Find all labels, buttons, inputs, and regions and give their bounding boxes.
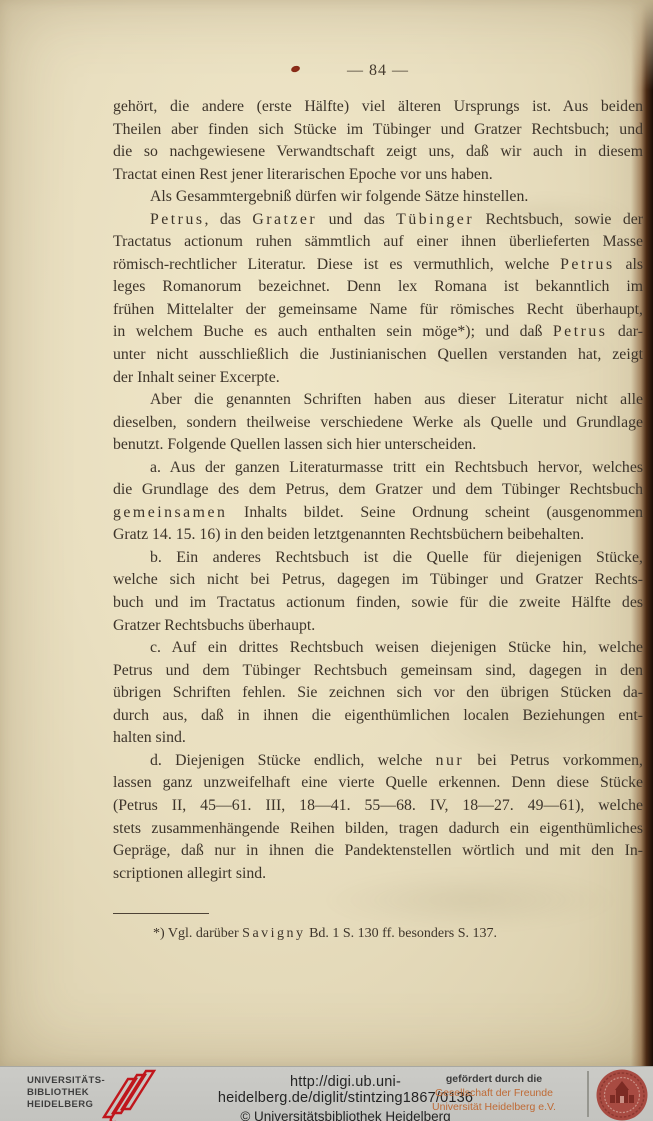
text-line: durch aus, daß in ihnen die eigenthümlic… <box>113 705 643 728</box>
text-line: halten sind. <box>113 727 643 750</box>
text-line: in welchem Buche es auch enthalten sein … <box>113 321 643 344</box>
text-segment: Tractat einen Rest jener literarischen E… <box>113 166 493 183</box>
text-line: Theilen aber finden sich Stücke im Tübin… <box>113 119 643 142</box>
text-segment: Als Gesammtergebniß dürfen wir folgende … <box>150 188 528 205</box>
text-segment: römisch-rechtlicher Literatur. Diese ist… <box>113 256 560 273</box>
text-line: unter nicht ausschließlich die Justinian… <box>113 344 643 367</box>
university-seal-icon <box>595 1068 649 1121</box>
text-line: c. Auf ein drittes Rechtsbuch weisen die… <box>113 637 643 660</box>
text-segment: übrigen Schriften fehlen. Sie zeichnen s… <box>113 684 643 701</box>
emphasized-text: Tübinger <box>396 211 474 228</box>
text-line: (Petrus II, 45—61. III, 18—41. 55—68. IV… <box>113 795 643 818</box>
text-line: d. Diejenigen Stücke endlich, welche nur… <box>113 750 643 773</box>
emphasized-text: nur <box>436 752 465 769</box>
text-segment: b. Ein anderes Rechtsbuch ist die Quelle… <box>150 549 643 566</box>
text-line: Gratzer Rechtsbuchs überhaupt. <box>113 615 643 638</box>
funding-line2: Gesellschaft der Freunde <box>408 1086 580 1100</box>
emphasized-text: Savigny <box>242 926 305 941</box>
text-segment: Inhalts bildet. Seine Ordnung scheint (a… <box>227 504 643 521</box>
text-segment: Theilen aber finden sich Stücke im Tübin… <box>113 121 643 138</box>
text-line: Tractatus actionum ruhen sämmtlich auf e… <box>113 231 643 254</box>
text-line: frühen Mittelalter der gemeinsame Name f… <box>113 299 643 322</box>
text-segment: lassen ganz unzweifelhaft eine vierte Qu… <box>113 774 643 791</box>
text-segment: welche sich nicht bei Petrus, dagegen im… <box>113 571 643 588</box>
emphasized-text: Petrus <box>560 256 615 273</box>
text-segment: Tractatus actionum ruhen sämmtlich auf e… <box>113 233 643 250</box>
footnote-text: *) Vgl. darüber Savigny Bd. 1 S. 130 ff.… <box>153 926 633 942</box>
text-line: die Grundlage des dem Petrus, dem Gratze… <box>113 479 643 502</box>
text-segment: c. Auf ein drittes Rechtsbuch weisen die… <box>150 639 643 656</box>
text-line: b. Ein anderes Rechtsbuch ist die Quelle… <box>113 547 643 570</box>
text-line: lassen ganz unzweifelhaft eine vierte Qu… <box>113 772 643 795</box>
page-number: — 84 — <box>113 62 643 80</box>
library-logo-icon <box>88 1059 168 1121</box>
text-line: a. Aus der ganzen Literaturmasse tritt e… <box>113 457 643 480</box>
footnote-rule <box>113 913 209 914</box>
text-segment: dar- <box>607 323 643 340</box>
text-line: benutzt. Folgende Quellen lassen sich hi… <box>113 434 643 457</box>
text-segment: frühen Mittelalter der gemeinsame Name f… <box>113 301 643 318</box>
text-line: buch und im Tractatus actionum finden, s… <box>113 592 643 615</box>
text-segment: Gepräge, daß nur in ihnen die Pandektens… <box>113 842 643 859</box>
funding-line3: Universität Heidelberg e.V. <box>408 1100 580 1114</box>
text-segment: der Inhalt seiner Excerpte. <box>113 369 280 386</box>
library-footer: UNIVERSITÄTS- BIBLIOTHEK HEIDELBERG http… <box>0 1066 653 1121</box>
text-line: Petrus und dem Tübinger Rechtsbuch gemei… <box>113 660 643 683</box>
text-segment: durch aus, daß in ihnen die eigenthümlic… <box>113 707 643 724</box>
text-line: Aber die genannten Schriften haben aus d… <box>113 389 643 412</box>
text-line: stets zusammenhängende Reihen bilden, tr… <box>113 818 643 841</box>
text-line: Tractat einen Rest jener literarischen E… <box>113 164 643 187</box>
text-segment: , das <box>205 211 253 228</box>
text-segment: Gratz 14. 15. 16) in den beiden letztgen… <box>113 526 584 543</box>
text-line: übrigen Schriften fehlen. Sie zeichnen s… <box>113 682 643 705</box>
text-segment: und das <box>317 211 396 228</box>
emphasized-text: Gratzer <box>252 211 317 228</box>
text-segment: die Grundlage des dem Petrus, dem Gratze… <box>113 481 643 498</box>
text-segment: die so nachgewiesene Verwandtschaft zeig… <box>113 143 643 160</box>
text-segment: a. Aus der ganzen Literaturmasse tritt e… <box>150 459 643 476</box>
funding-line1: gefördert durch die <box>408 1072 580 1086</box>
text-line: welche sich nicht bei Petrus, dagegen im… <box>113 569 643 592</box>
text-segment: Bd. 1 S. 130 ff. besonders S. 137. <box>306 926 497 941</box>
text-line: die so nachgewiesene Verwandtschaft zeig… <box>113 141 643 164</box>
page-text: gehört, die andere (erste Hälfte) viel ä… <box>113 96 643 885</box>
text-line: gemeinsamen Inhalts bildet. Seine Ordnun… <box>113 502 643 525</box>
text-line: dieselben, sondern theilweise verschiede… <box>113 412 643 435</box>
text-segment: scriptionen allegirt sind. <box>113 865 266 882</box>
text-line: der Inhalt seiner Excerpte. <box>113 367 643 390</box>
text-segment: buch und im Tractatus actionum finden, s… <box>113 594 643 611</box>
text-segment: dieselben, sondern theilweise verschiede… <box>113 414 643 431</box>
text-segment: unter nicht ausschließlich die Justinian… <box>113 346 643 363</box>
text-line: Gepräge, daß nur in ihnen die Pandektens… <box>113 840 643 863</box>
funding-credit: gefördert durch die Gesellschaft der Fre… <box>408 1072 580 1114</box>
text-line: scriptionen allegirt sind. <box>113 863 643 886</box>
emphasized-text: Petrus <box>553 323 608 340</box>
text-line: Als Gesammtergebniß dürfen wir folgende … <box>113 186 643 209</box>
text-segment: in welchem Buche es auch enthalten sein … <box>113 323 553 340</box>
text-line: Gratz 14. 15. 16) in den beiden letztgen… <box>113 524 643 547</box>
text-segment: gehört, die andere (erste Hälfte) viel ä… <box>113 98 643 115</box>
text-segment: Petrus und dem Tübinger Rechtsbuch gemei… <box>113 662 643 679</box>
text-segment: d. Diejenigen Stücke endlich, welche <box>150 752 436 769</box>
text-segment: Rechtsbuch, sowie der <box>474 211 643 228</box>
text-segment: benutzt. Folgende Quellen lassen sich hi… <box>113 436 476 453</box>
text-segment: halten sind. <box>113 729 186 746</box>
footer-divider <box>587 1071 589 1117</box>
text-segment: (Petrus II, 45—61. III, 18—41. 55—68. IV… <box>113 797 643 814</box>
text-segment: bei Petrus vorkommen, <box>464 752 643 769</box>
text-line: gehört, die andere (erste Hälfte) viel ä… <box>113 96 643 119</box>
emphasized-text: gemeinsamen <box>113 504 227 521</box>
text-line: Petrus, das Gratzer und das Tübinger Rec… <box>113 209 643 232</box>
text-segment: *) Vgl. darüber <box>153 926 242 941</box>
text-segment: leges Romanorum bezeichnet. Denn lex Rom… <box>113 278 643 295</box>
text-segment: stets zusammenhängende Reihen bilden, tr… <box>113 820 643 837</box>
emphasized-text: Petrus <box>150 211 205 228</box>
text-segment: Gratzer Rechtsbuchs überhaupt. <box>113 617 315 634</box>
text-segment: Aber die genannten Schriften haben aus d… <box>150 391 643 408</box>
text-line: leges Romanorum bezeichnet. Denn lex Rom… <box>113 276 643 299</box>
text-segment: als <box>615 256 643 273</box>
text-line: römisch-rechtlicher Literatur. Diese ist… <box>113 254 643 277</box>
